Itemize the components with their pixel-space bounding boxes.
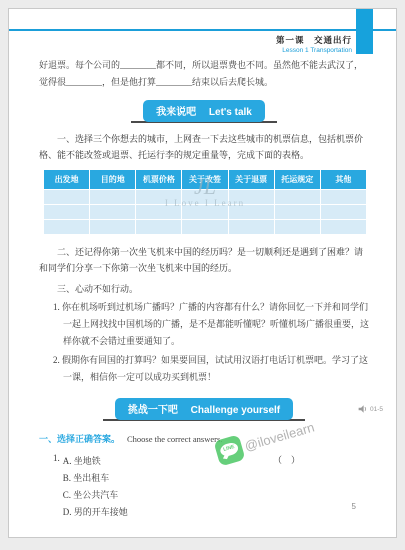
answer-options: A. 坐地铁 B. 坐出租车 C. 坐公共汽车 D. 男的开车接她 — [63, 453, 128, 521]
lesson-header: 第一课 交通出行 Lesson 1 Transportation — [276, 34, 352, 54]
lesson-title-en: Lesson 1 Transportation — [276, 47, 352, 54]
task3-text: 三、心动不如行动。 — [39, 281, 369, 297]
table-header-row: 出发地 目的地 机票价格 关于改签 关于退票 托运规定 其他 — [44, 170, 367, 190]
lets-talk-badge: 我来说吧 Let's talk — [143, 100, 265, 122]
col-refund: 关于退票 — [228, 170, 274, 190]
activity-list: 1. 你在机场听到过机场广播吗？广播的内容都有什么？请你回忆一下并和同学们一起上… — [39, 299, 369, 386]
header-rule — [9, 29, 396, 31]
lets-talk-section-header: 我来说吧 Let's talk — [39, 100, 369, 123]
task1-text: 一、选择三个你想去的城市，上网查一下去这些城市的机票信息，包括机票价格、能不能改… — [39, 131, 369, 163]
speaker-icon — [358, 404, 368, 414]
task2-text: 二、还记得你第一次坐飞机来中国的经历吗？是一切顺利还是遇到了困难？请和同学们分享… — [39, 244, 369, 276]
lets-talk-badge-zh: 我来说吧 — [156, 107, 196, 118]
page-content: 好退票。每个公司的________都不同，所以退票费也不同。虽然他不能去武汉了，… — [39, 57, 369, 521]
col-baggage: 托运规定 — [274, 170, 320, 190]
list-item: 2. 假期你有回国的打算吗？如果要回国，试试用汉语打电话订机票吧。学习了这一课，… — [53, 352, 369, 386]
flight-info-table-wrap: 出发地 目的地 机票价格 关于改签 关于退票 托运规定 其他 JL — [43, 169, 367, 235]
section-underline: 我来说吧 Let's talk — [131, 100, 277, 123]
book-page: 第一课 交通出行 Lesson 1 Transportation 好退票。每个公… — [8, 8, 397, 538]
challenge-section-header: 挑战一下吧 Challenge yourself 01-5 — [39, 398, 369, 421]
option-a: A. 坐地铁 — [63, 453, 128, 470]
col-other: 其他 — [320, 170, 366, 190]
section-underline: 挑战一下吧 Challenge yourself — [103, 398, 305, 421]
lesson-title-zh: 第一课 交通出行 — [276, 34, 352, 46]
chapter-side-tab — [356, 9, 373, 54]
audio-track-tag: 01-5 — [358, 404, 383, 414]
lets-talk-badge-en: Let's talk — [209, 107, 252, 118]
col-rebooking: 关于改签 — [182, 170, 228, 190]
option-b: B. 坐出租车 — [63, 470, 128, 487]
table-row — [44, 190, 367, 205]
exercise-heading-zh: 一、选择正确答案。 — [39, 434, 120, 444]
table-row — [44, 220, 367, 235]
challenge-badge-en: Challenge yourself — [191, 405, 280, 416]
question-1: 1. A. 坐地铁 B. 坐出租车 C. 坐公共汽车 D. 男的开车接她 （ ） — [39, 453, 369, 521]
challenge-badge-zh: 挑战一下吧 — [128, 405, 178, 416]
exercise-heading: 一、选择正确答案。 Choose the correct answers. — [39, 429, 369, 447]
challenge-badge: 挑战一下吧 Challenge yourself — [115, 398, 293, 420]
col-departure: 出发地 — [44, 170, 90, 190]
col-destination: 目的地 — [90, 170, 136, 190]
flight-info-table: 出发地 目的地 机票价格 关于改签 关于退票 托运规定 其他 — [43, 169, 367, 235]
audio-track-number: 01-5 — [370, 406, 383, 413]
option-c: C. 坐公共汽车 — [63, 487, 128, 504]
list-item: 1. 你在机场听到过机场广播吗？广播的内容都有什么？请你回忆一下并和同学们一起上… — [53, 299, 369, 350]
answer-bracket: （ ） — [273, 453, 300, 466]
table-row — [44, 205, 367, 220]
page-number: 5 — [352, 502, 356, 511]
option-d: D. 男的开车接她 — [63, 504, 128, 521]
intro-paragraph: 好退票。每个公司的________都不同，所以退票费也不同。虽然他不能去武汉了，… — [39, 57, 369, 91]
question-number: 1. — [53, 453, 60, 521]
exercise-heading-en: Choose the correct answers. — [127, 434, 222, 444]
col-price: 机票价格 — [136, 170, 182, 190]
